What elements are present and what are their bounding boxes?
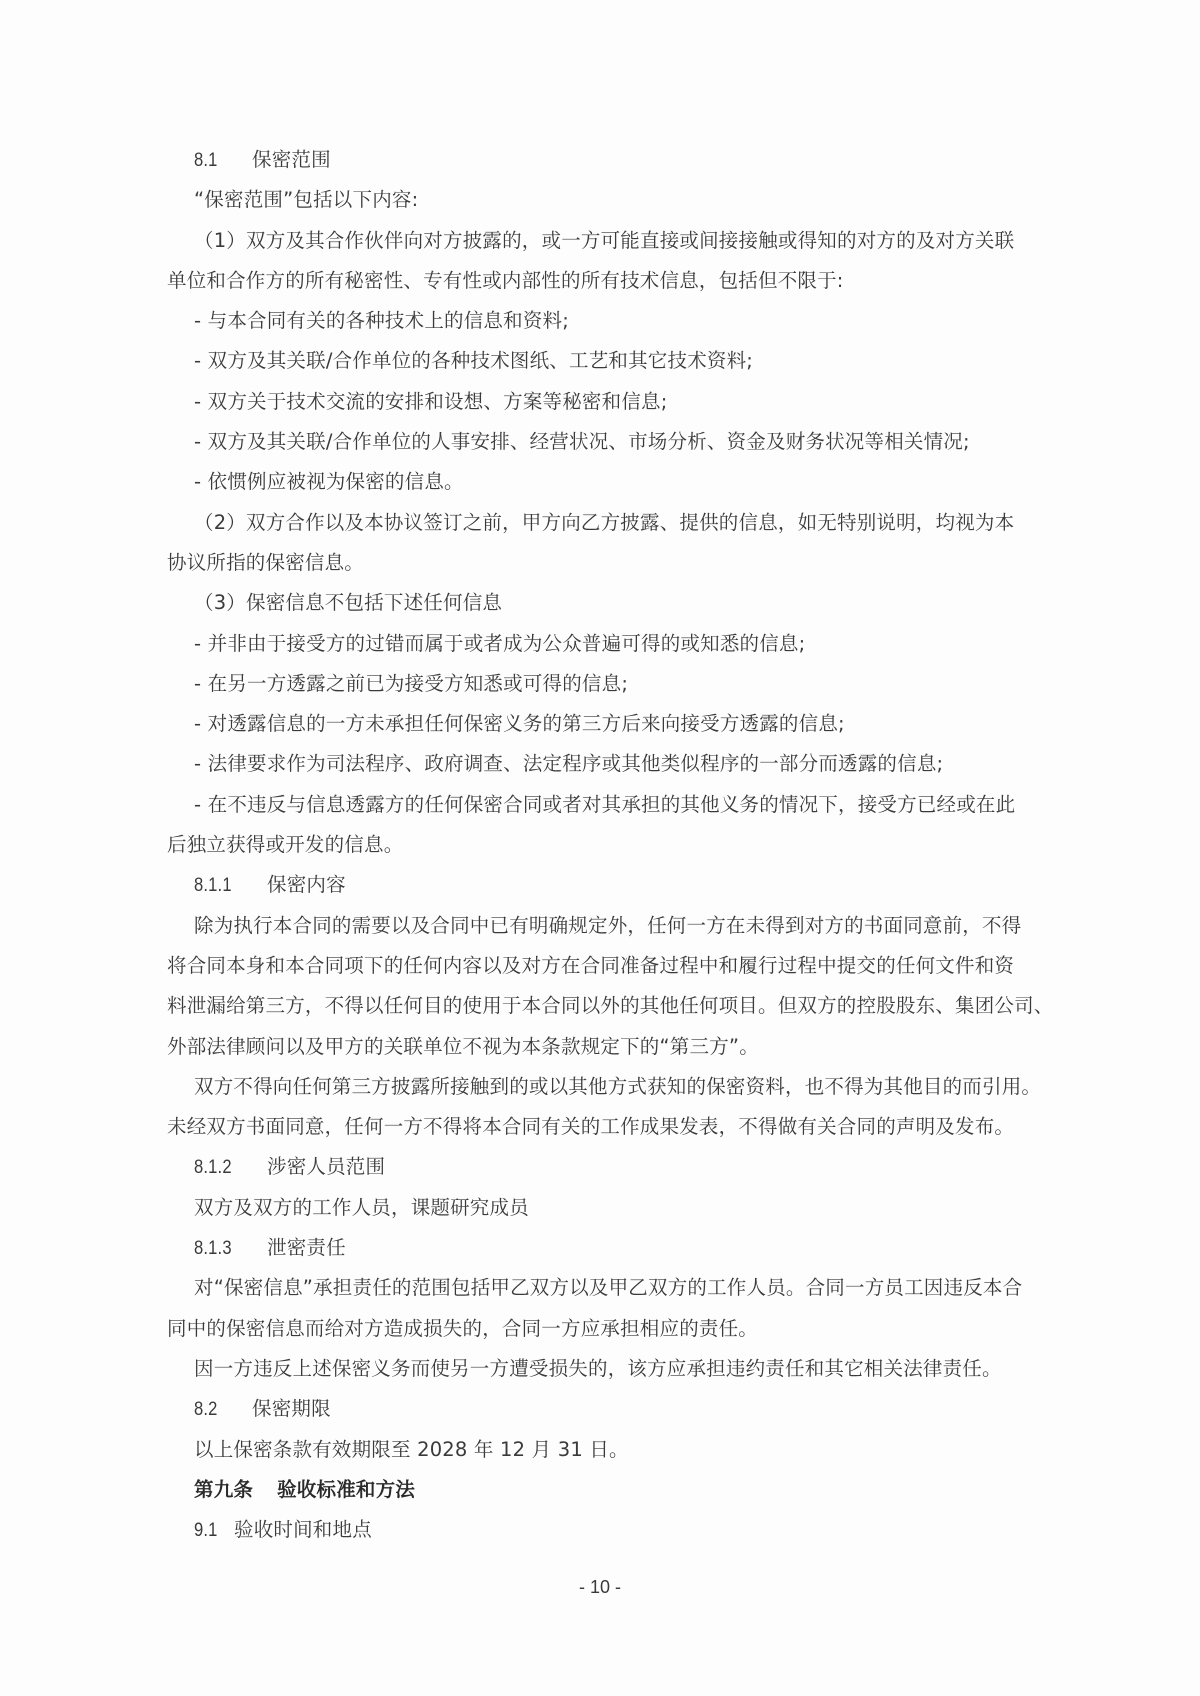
article-title: 验收标准和方法 bbox=[277, 1478, 415, 1501]
list-item-1-cont: 单位和合作方的所有秘密性、专有性或内部性的所有技术信息，包括但不限于: bbox=[167, 261, 1085, 301]
paragraph: 以上保密条款有效期限至 2028 年 12 月 31 日。 bbox=[167, 1430, 1085, 1470]
paragraph-line: 对“保密信息”承担责任的范围包括甲乙双方以及甲乙双方的工作人员。合同一方员工因违… bbox=[167, 1268, 1085, 1308]
bullet-item: - 双方及其关联/合作单位的各种技术图纸、工艺和其它技术资料; bbox=[167, 341, 1085, 381]
bullet-item: - 依惯例应被视为保密的信息。 bbox=[167, 462, 1085, 502]
section-heading-8-1: 8.1保密范围 bbox=[167, 140, 1085, 180]
bullet-item: - 在另一方透露之前已为接受方知悉或可得的信息; bbox=[167, 664, 1085, 704]
list-item-2: （2）双方合作以及本协议签订之前，甲方向乙方披露、提供的信息，如无特别说明，均视… bbox=[167, 503, 1085, 543]
list-item-2-cont: 协议所指的保密信息。 bbox=[167, 543, 1085, 583]
section-title: 保密内容 bbox=[267, 873, 346, 896]
section-number: 8.1.1 bbox=[194, 865, 256, 905]
paragraph-line: 同中的保密信息而给对方造成损失的，合同一方应承担相应的责任。 bbox=[167, 1309, 1085, 1349]
section-heading-9-1: 9.1验收时间和地点 bbox=[167, 1510, 1085, 1550]
section-heading-8-1-2: 8.1.2涉密人员范围 bbox=[167, 1147, 1085, 1187]
bullet-item: - 与本合同有关的各种技术上的信息和资料; bbox=[167, 301, 1085, 341]
paragraph: “保密范围”包括以下内容: bbox=[167, 180, 1085, 220]
section-heading-8-1-3: 8.1.3泄密责任 bbox=[167, 1228, 1085, 1268]
document-page: 8.1保密范围 “保密范围”包括以下内容: （1）双方及其合作伙伴向对方披露的，… bbox=[0, 0, 1200, 1696]
section-number: 8.1 bbox=[194, 140, 243, 180]
bullet-item: - 双方及其关联/合作单位的人事安排、经营状况、市场分析、资金及财务状况等相关情… bbox=[167, 422, 1085, 462]
section-number: 8.1.2 bbox=[194, 1147, 256, 1187]
bullet-item: - 对透露信息的一方未承担任何保密义务的第三方后来向接受方透露的信息; bbox=[167, 704, 1085, 744]
section-title: 保密范围 bbox=[252, 148, 331, 171]
list-item-1: （1）双方及其合作伙伴向对方披露的，或一方可能直接或间接接触或得知的对方的及对方… bbox=[167, 221, 1085, 261]
page-number: - 10 - bbox=[0, 1577, 1200, 1598]
bullet-item: - 法律要求作为司法程序、政府调查、法定程序或其他类似程序的一部分而透露的信息; bbox=[167, 744, 1085, 784]
section-heading-8-1-1: 8.1.1保密内容 bbox=[167, 865, 1085, 905]
section-number: 9.1 bbox=[194, 1510, 228, 1550]
bullet-item: - 双方关于技术交流的安排和设想、方案等秘密和信息; bbox=[167, 382, 1085, 422]
section-heading-8-2: 8.2保密期限 bbox=[167, 1389, 1085, 1429]
bullet-item: - 并非由于接受方的过错而属于或者成为公众普遍可得的或知悉的信息; bbox=[167, 624, 1085, 664]
bullet-item: - 在不违反与信息透露方的任何保密合同或者对其承担的其他义务的情况下，接受方已经… bbox=[167, 785, 1085, 825]
section-number: 8.1.3 bbox=[194, 1228, 256, 1268]
section-number: 8.2 bbox=[194, 1389, 243, 1429]
paragraph-line: 除为执行本合同的需要以及合同中已有明确规定外，任何一方在未得到对方的书面同意前，… bbox=[167, 906, 1085, 946]
paragraph-line: 双方不得向任何第三方披露所接触到的或以其他方式获知的保密资料，也不得为其他目的而… bbox=[167, 1067, 1085, 1107]
page-content: 8.1保密范围 “保密范围”包括以下内容: （1）双方及其合作伙伴向对方披露的，… bbox=[167, 140, 1085, 1550]
paragraph: 因一方违反上述保密义务而使另一方遭受损失的，该方应承担违约责任和其它相关法律责任… bbox=[167, 1349, 1085, 1389]
paragraph-line: 未经双方书面同意，任何一方不得将本合同有关的工作成果发表，不得做有关合同的声明及… bbox=[167, 1107, 1085, 1147]
paragraph-line: 料泄漏给第三方，不得以任何目的使用于本合同以外的其他任何项目。但双方的控股股东、… bbox=[167, 986, 1085, 1026]
paragraph-line: 外部法律顾问以及甲方的关联单位不视为本条款规定下的“第三方”。 bbox=[167, 1027, 1085, 1067]
section-title: 保密期限 bbox=[252, 1397, 331, 1420]
list-item-3: （3）保密信息不包括下述任何信息 bbox=[167, 583, 1085, 623]
section-title: 涉密人员范围 bbox=[267, 1155, 385, 1178]
paragraph: 双方及双方的工作人员，课题研究成员 bbox=[167, 1188, 1085, 1228]
bullet-item-cont: 后独立获得或开发的信息。 bbox=[167, 825, 1085, 865]
article-label: 第九条 bbox=[194, 1478, 253, 1501]
section-title: 验收时间和地点 bbox=[234, 1518, 372, 1541]
section-title: 泄密责任 bbox=[267, 1236, 346, 1259]
paragraph-line: 将合同本身和本合同项下的任何内容以及对方在合同准备过程中和履行过程中提交的任何文… bbox=[167, 946, 1085, 986]
article-heading-9: 第九条验收标准和方法 bbox=[167, 1470, 1085, 1510]
